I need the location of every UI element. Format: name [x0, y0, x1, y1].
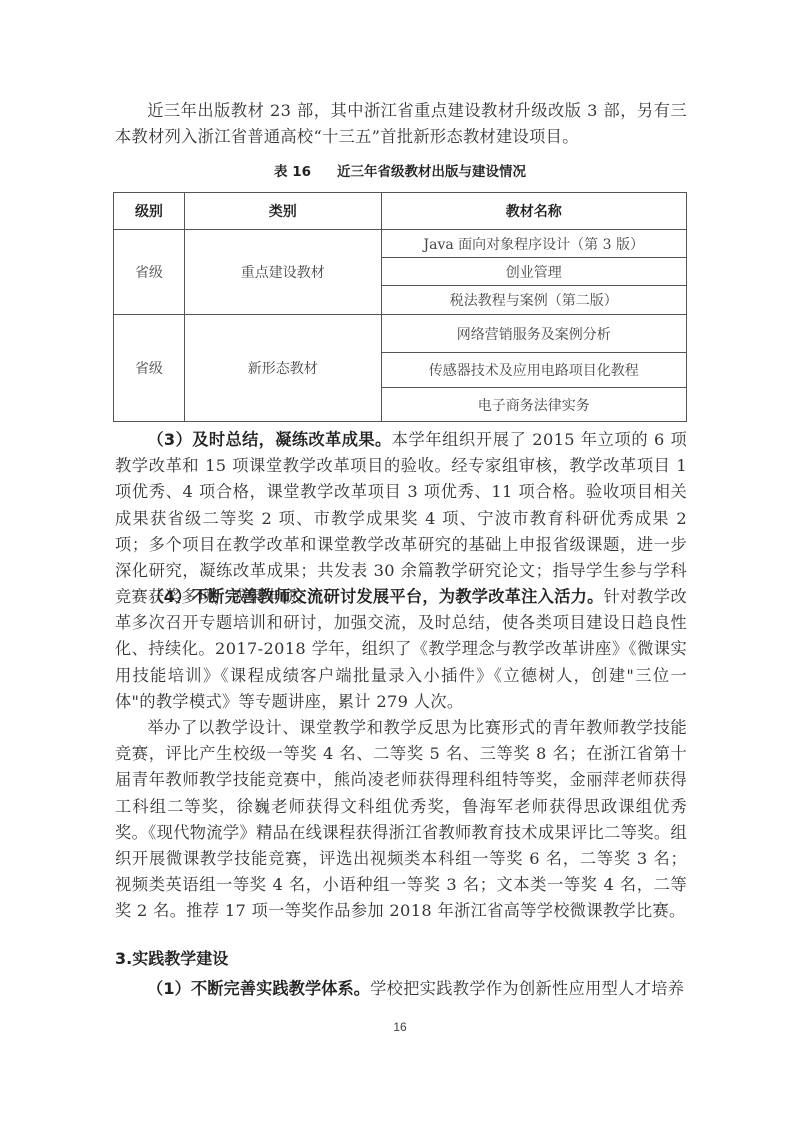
practice-body: 学校把实践教学作为创新性应用型人才培养: [370, 979, 684, 998]
table-number: 表 16: [274, 164, 311, 180]
competition-body: 举办了以教学设计、课堂教学和教学反思为比赛形式的青年教师教学技能竞赛，评比产生校…: [115, 718, 687, 920]
table-header-row: 级别 类别 教材名称: [114, 193, 687, 230]
table-title: 近三年省级教材出版与建设情况: [337, 164, 526, 180]
cell-textbook: 传感器技术及应用电路项目化教程: [381, 353, 686, 388]
cell-level: 省级: [114, 230, 185, 315]
cell-level: 省级: [114, 315, 185, 422]
cell-textbook: 税法教程与案例（第二版）: [381, 286, 686, 315]
cell-textbook: 电子商务法律实务: [381, 388, 686, 422]
table-caption: 表 16近三年省级教材出版与建设情况: [0, 160, 800, 180]
intro-text: 近三年出版教材 23 部，其中浙江省重点建设教材升级改版 3 部，另有三本教材列…: [115, 101, 687, 146]
table-row: 省级 重点建设教材 Java 面向对象程序设计（第 3 版）: [114, 230, 687, 258]
cell-textbook: 网络营销服务及案例分析: [381, 315, 686, 353]
header-textbook-name: 教材名称: [381, 193, 686, 230]
subsection-heading: 3.实践教学建设: [115, 946, 228, 969]
cell-textbook: Java 面向对象程序设计（第 3 版）: [381, 230, 686, 258]
header-level: 级别: [114, 193, 185, 230]
document-page: 近三年出版教材 23 部，其中浙江省重点建设教材升级改版 3 部，另有三本教材列…: [0, 0, 800, 1131]
cell-textbook: 创业管理: [381, 258, 686, 286]
section-4-heading: （4）不断完善教师交流研讨发展平台，为教学改革注入活力。: [147, 587, 604, 606]
page-number: 16: [0, 1020, 800, 1034]
section-3-paragraph: （3）及时总结，凝练改革成果。本学年组织开展了 2015 年立项的 6 项教学改…: [115, 427, 687, 610]
intro-paragraph: 近三年出版教材 23 部，其中浙江省重点建设教材升级改版 3 部，另有三本教材列…: [115, 98, 687, 150]
header-category: 类别: [184, 193, 381, 230]
practice-paragraph: （1）不断完善实践教学体系。学校把实践教学作为创新性应用型人才培养: [115, 976, 687, 1002]
section-3-body: 本学年组织开展了 2015 年立项的 6 项教学改革和 15 项课堂教学改革项目…: [115, 430, 687, 606]
cell-category: 重点建设教材: [184, 230, 381, 315]
section-3-heading: （3）及时总结，凝练改革成果。: [147, 430, 392, 449]
cell-category: 新形态教材: [184, 315, 381, 422]
competition-paragraph: 举办了以教学设计、课堂教学和教学反思为比赛形式的青年教师教学技能竞赛，评比产生校…: [115, 715, 687, 925]
section-4-paragraph: （4）不断完善教师交流研讨发展平台，为教学改革注入活力。针对教学改革多次召开专题…: [115, 584, 687, 715]
practice-heading: （1）不断完善实践教学体系。: [147, 979, 370, 998]
table-row: 省级 新形态教材 网络营销服务及案例分析: [114, 315, 687, 353]
textbook-table: 级别 类别 教材名称 省级 重点建设教材 Java 面向对象程序设计（第 3 版…: [113, 192, 687, 422]
